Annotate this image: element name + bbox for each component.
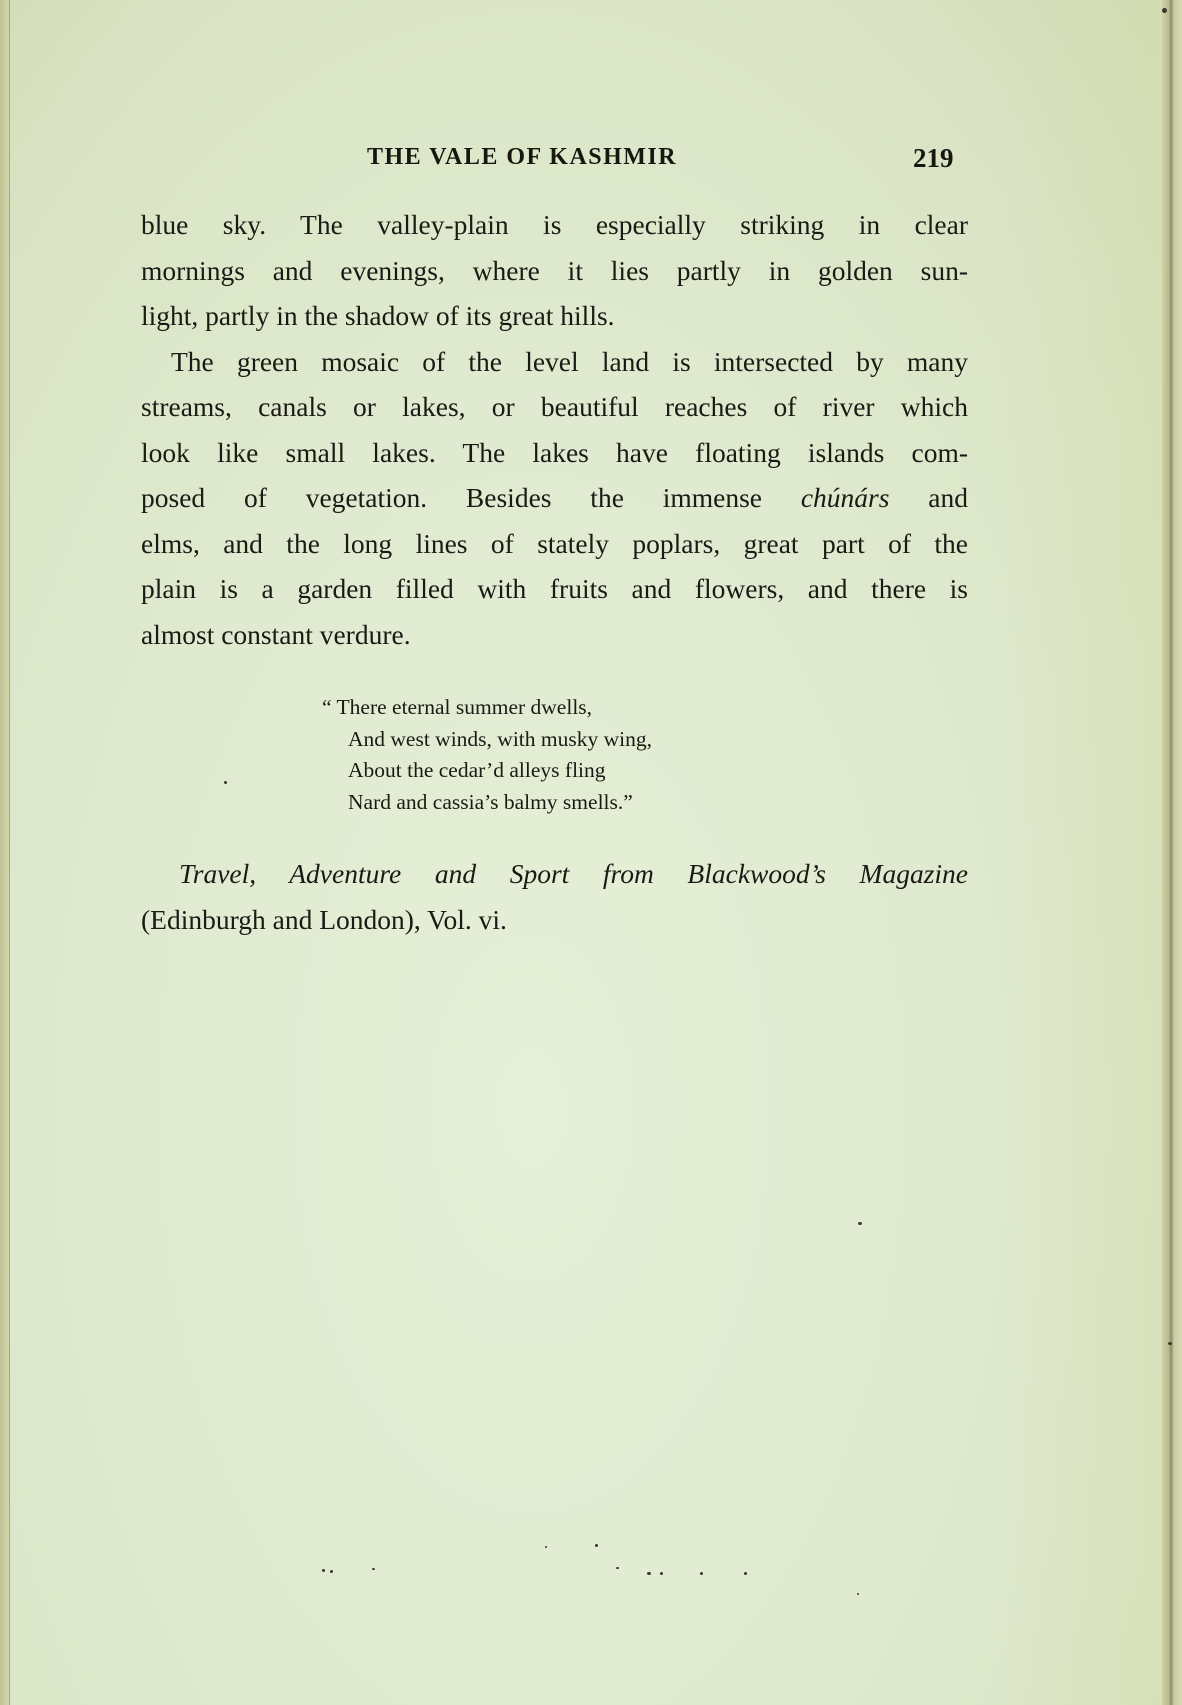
scan-speck (224, 781, 227, 784)
scan-speck (647, 1572, 651, 1575)
poem-quote: “ There eternal summer dwells, And west … (322, 692, 652, 818)
scan-speck (545, 1546, 547, 1548)
text-line: The green mosaic of the level land is in… (141, 339, 968, 385)
text-line: almost constant verdure. (141, 612, 968, 658)
scan-speck (616, 1567, 619, 1569)
poem-line: About the cedar’d alleys fling (322, 755, 652, 787)
scan-speck (1168, 1342, 1172, 1345)
poem-line: Nard and cassia’s balmy smells.” (322, 787, 652, 819)
text-line: light, partly in the shadow of its great… (141, 293, 968, 339)
body-text: blue sky. The valley-plain is especially… (141, 202, 968, 657)
poem-line: “ There eternal summer dwells, (322, 692, 652, 724)
scan-speck (595, 1544, 598, 1547)
citation-publication: (Edinburgh and London), Vol. vi. (141, 897, 968, 943)
page-number: 219 (913, 143, 954, 174)
text-line: plain is a garden filled with fruits and… (141, 566, 968, 612)
text-segment: posed of vegetation. Besides the immense (141, 482, 801, 513)
scan-speck (330, 1570, 333, 1573)
text-line: look like small lakes. The lakes have fl… (141, 430, 968, 476)
scan-speck (372, 1568, 375, 1570)
text-line: streams, canals or lakes, or beautiful r… (141, 384, 968, 430)
scan-speck (744, 1572, 747, 1575)
source-citation: Travel, Adventure and Sport from Blackwo… (141, 851, 968, 942)
book-page: THE VALE OF KASHMIR 219 blue sky. The va… (0, 0, 1182, 1705)
citation-title: Travel, Adventure and Sport from Blackwo… (141, 851, 968, 897)
text-line: elms, and the long lines of stately popl… (141, 521, 968, 567)
paragraph-continuation: blue sky. The valley-plain is especially… (141, 202, 968, 339)
page-left-edge (0, 0, 10, 1705)
scan-speck (858, 1222, 862, 1225)
poem-line: And west winds, with musky wing, (322, 724, 652, 756)
italic-term-chunars: chúnárs (801, 482, 890, 513)
page-right-shadow (1002, 0, 1162, 1705)
text-segment: and (889, 482, 968, 513)
text-line: blue sky. The valley-plain is especially… (141, 202, 968, 248)
page-right-edge (1162, 0, 1182, 1705)
paragraph-green-mosaic: The green mosaic of the level land is in… (141, 339, 968, 658)
scan-speck (660, 1572, 663, 1575)
text-line-with-italic: posed of vegetation. Besides the immense… (141, 475, 968, 521)
scan-speck (1162, 8, 1167, 13)
scan-speck (700, 1572, 703, 1575)
scan-speck (322, 1569, 325, 1572)
running-head: THE VALE OF KASHMIR (367, 144, 677, 171)
text-line: mornings and evenings, where it lies par… (141, 248, 968, 294)
scan-speck (857, 1593, 859, 1595)
